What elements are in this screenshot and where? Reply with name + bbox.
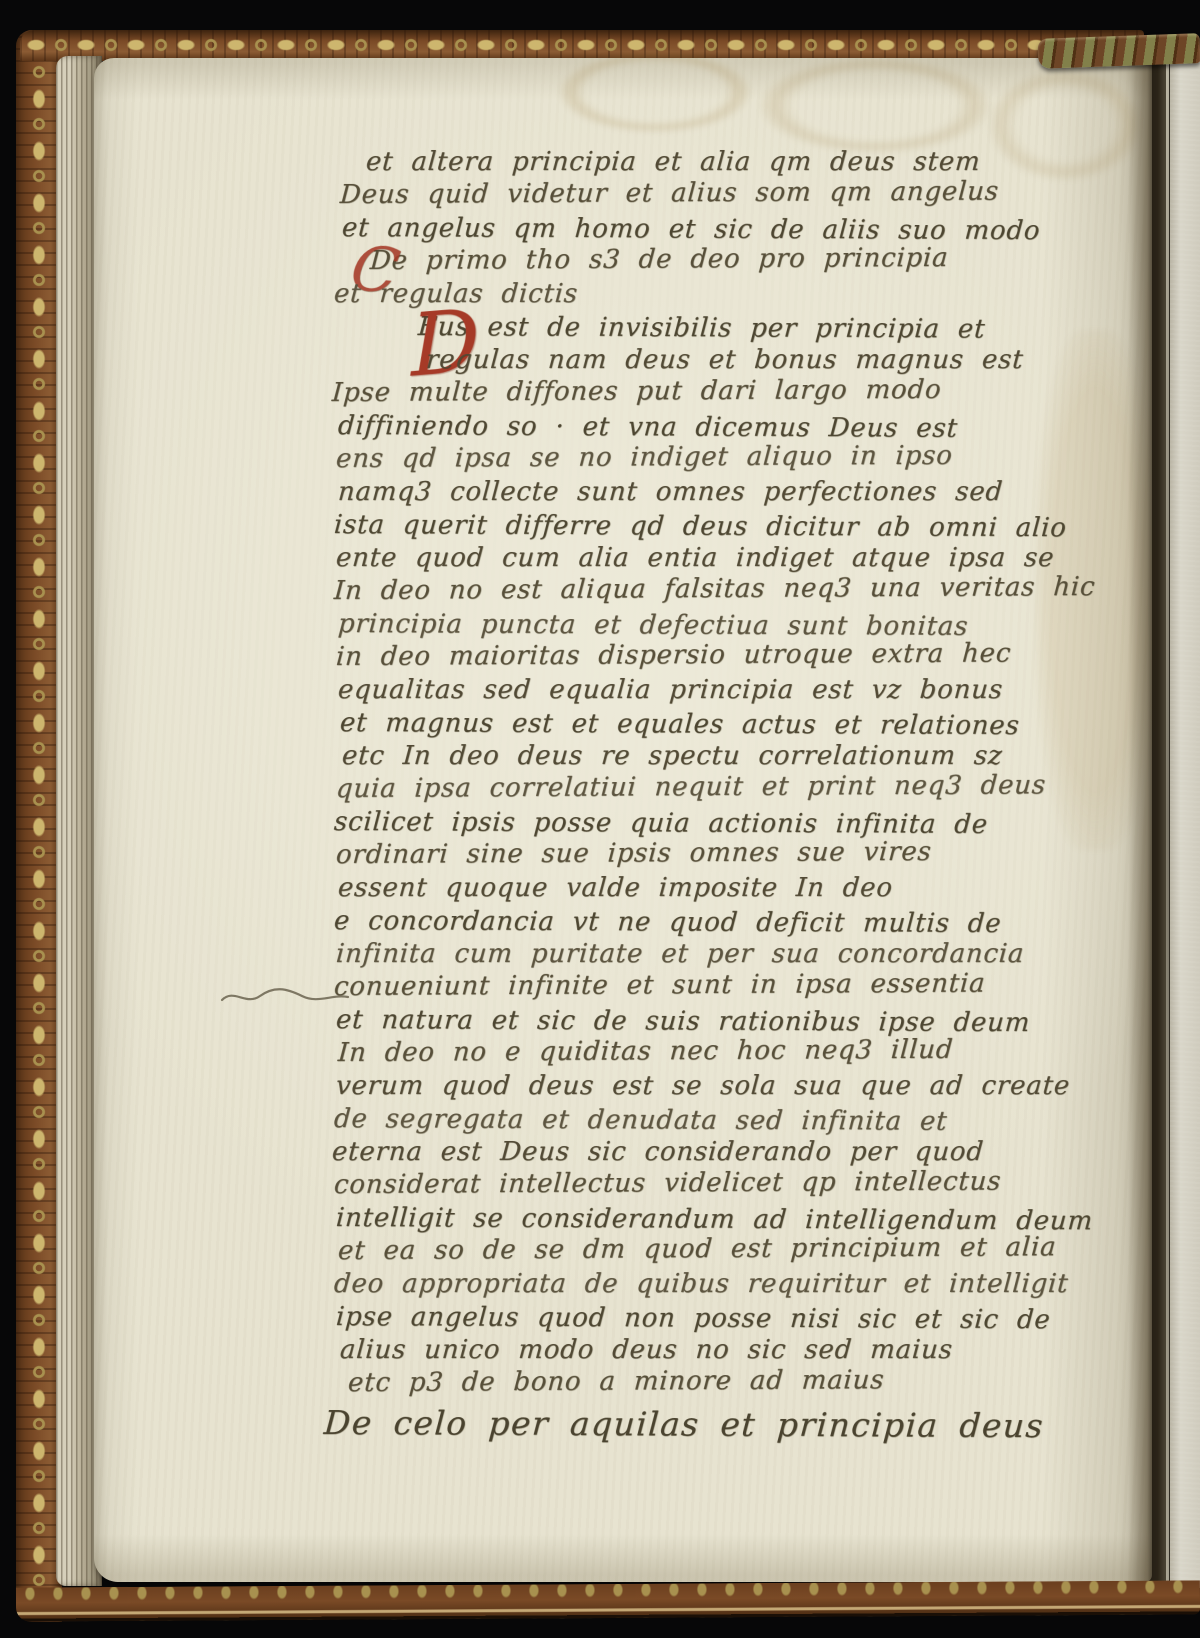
manuscript-line: de segregata et denudata sed infinita et	[333, 1103, 1081, 1139]
manuscript-line: ipse angelus quod non posse nisi sic et …	[335, 1301, 1081, 1337]
manuscript-line-text: et ea so de se dm quod est principium et…	[337, 1232, 1057, 1266]
manuscript-line: infinita cum puritate et per sua concord…	[335, 938, 1081, 971]
manuscript-line: DEus est de invisibilis per principia et	[417, 311, 1081, 347]
manuscript-line-text: ordinari sine sue ipsis omnes sue vires	[335, 837, 933, 870]
manuscript-line-text: equalitas sed equalia principia est vz b…	[337, 675, 1004, 705]
manuscript-line-text: et magnus est et equales actus et relati…	[339, 708, 1021, 741]
manuscript-line: ente quod cum alia entia indiget atque i…	[335, 542, 1081, 575]
manuscript-line-text: In deo no e quiditas nec hoc neq3 illud	[337, 1035, 954, 1068]
manuscript-line-text: conueniunt infinite et sunt in ipsa esse…	[333, 969, 986, 1002]
manuscript-line-text: ens qd ipsa se no indiget aliquo in ipso	[335, 441, 954, 474]
manuscript-line: In deo no e quiditas nec hoc neq3 illud	[337, 1033, 1081, 1070]
manuscript-line-text: et altera principia et alia qm deus stem	[365, 147, 982, 177]
manuscript-line: CDe primo tho s3 de deo pro principia	[369, 241, 1081, 278]
manuscript-line: et ea so de se dm quod est principium et…	[337, 1231, 1081, 1268]
water-stain	[560, 52, 750, 132]
manuscript-line-text: diffiniendo so · et vna dicemus Deus est	[337, 411, 959, 444]
manuscript-line-text: Eus est de invisibilis per principia et	[417, 312, 986, 344]
manuscript-line: ordinari sine sue ipsis omnes sue vires	[335, 835, 1081, 872]
water-stain	[760, 58, 990, 153]
facing-page-edge	[1170, 54, 1200, 1588]
text-block: et altera principia et alia qm deus stem…	[340, 146, 1080, 1446]
manuscript-line-text: essent quoque valde imposite In deo	[337, 873, 894, 903]
manuscript-line-text: e concordancia vt ne quod deficit multis…	[333, 906, 1002, 939]
leather-cover-top-edge	[20, 30, 1144, 61]
manuscript-line-text: ente quod cum alia entia indiget atque i…	[335, 543, 1055, 573]
manuscript-line-text: etc In deo deus re spectu correlationum …	[341, 741, 1004, 771]
manuscript-line: De celo per aquilas et principia deus	[322, 1400, 1081, 1449]
manuscript-line: essent quoque valde imposite In deo	[337, 872, 1081, 905]
manuscript-line-text: deo appropriata de quibus requiritur et …	[333, 1269, 1070, 1299]
manuscript-line-text: eterna est Deus sic considerando per quo…	[331, 1137, 985, 1167]
manuscript-line-text: In deo no est aliqua falsitas neq3 una v…	[333, 572, 1096, 606]
manuscript-line: et altera principia et alia qm deus stem	[365, 146, 1081, 179]
manuscript-line-text: considerat intellectus videlicet qp inte…	[333, 1167, 1002, 1200]
manuscript-line: considerat intellectus videlicet qp inte…	[333, 1165, 1081, 1202]
manuscript-line: namq3 collecte sunt omnes perfectiones s…	[337, 476, 1081, 509]
manuscript-line: eterna est Deus sic considerando per quo…	[331, 1136, 1081, 1169]
manuscript-line: etc In deo deus re spectu correlationum …	[341, 740, 1081, 773]
manuscript-line-text: de segregata et denudata sed infinita et	[333, 1104, 948, 1137]
manuscript-line-text: scilicet ipsis posse quia actionis infin…	[333, 807, 989, 840]
manuscript-line: etc p3 de bono a minore ad maius	[347, 1363, 1081, 1400]
manuscript-line-text: De primo tho s3 de deo pro principia	[369, 243, 949, 276]
manuscript-line: Ipse multe diffones put dari largo modo	[331, 373, 1081, 410]
leather-cover-bottom-edge	[16, 1580, 1200, 1621]
page-edge-highlight	[1166, 52, 1169, 1590]
manuscript-line: quia ipsa correlatiui nequit et print ne…	[335, 769, 1081, 806]
manuscript-line-text: verum quod deus est se sola sua que ad c…	[335, 1071, 1071, 1101]
manuscript-line-text: namq3 collecte sunt omnes perfectiones s…	[337, 477, 1004, 507]
manuscript-line-text: regulas nam deus et bonus magnus est	[425, 345, 1025, 375]
manuscript-line: in deo maioritas dispersio utroque extra…	[335, 637, 1081, 674]
manuscript-photo: et altera principia et alia qm deus stem…	[0, 0, 1200, 1638]
manuscript-line-text: in deo maioritas dispersio utroque extra…	[335, 638, 1012, 672]
endband	[1038, 33, 1200, 69]
manuscript-line: regulas nam deus et bonus magnus est	[425, 344, 1081, 377]
manuscript-line: In deo no est aliqua falsitas neq3 una v…	[333, 571, 1081, 608]
manuscript-line: e concordancia vt ne quod deficit multis…	[333, 905, 1081, 941]
manuscript-line-text: De celo per aquilas et principia deus	[323, 1403, 1045, 1445]
manuscript-line: ista querit differre qd deus dicitur ab …	[333, 509, 1081, 545]
manuscript-line-text: etc p3 de bono a minore ad maius	[347, 1365, 885, 1398]
manuscript-line-text: alius unico modo deus no sic sed maius	[339, 1335, 954, 1365]
manuscript-line: alius unico modo deus no sic sed maius	[339, 1334, 1081, 1367]
manuscript-line: verum quod deus est se sola sua que ad c…	[335, 1070, 1081, 1103]
manuscript-line: Deus quid videtur et alius som qm angelu…	[339, 175, 1081, 212]
manuscript-line-text: principia puncta et defectiua sunt bonit…	[337, 609, 969, 642]
manuscript-line: et magnus est et equales actus et relati…	[339, 707, 1081, 743]
manuscript-line: ens qd ipsa se no indiget aliquo in ipso	[335, 439, 1081, 476]
manuscript-line-text: quia ipsa correlatiui nequit et print ne…	[335, 770, 1047, 804]
margin-flourish-icon	[220, 984, 350, 1010]
manuscript-line: conueniunt infinite et sunt in ipsa esse…	[333, 967, 1081, 1004]
manuscript-line-text: ista querit differre qd deus dicitur ab …	[333, 510, 1068, 543]
manuscript-line: deo appropriata de quibus requiritur et …	[333, 1268, 1081, 1301]
manuscript-line-text: Deus quid videtur et alius som qm angelu…	[339, 177, 1000, 210]
manuscript-line-text: Ipse multe diffones put dari largo modo	[331, 375, 942, 408]
manuscript-line-text: infinita cum puritate et per sua concord…	[335, 939, 1025, 969]
manuscript-line-text: ipse angelus quod non posse nisi sic et …	[335, 1302, 1052, 1335]
manuscript-line: equalitas sed equalia principia est vz b…	[337, 674, 1081, 707]
